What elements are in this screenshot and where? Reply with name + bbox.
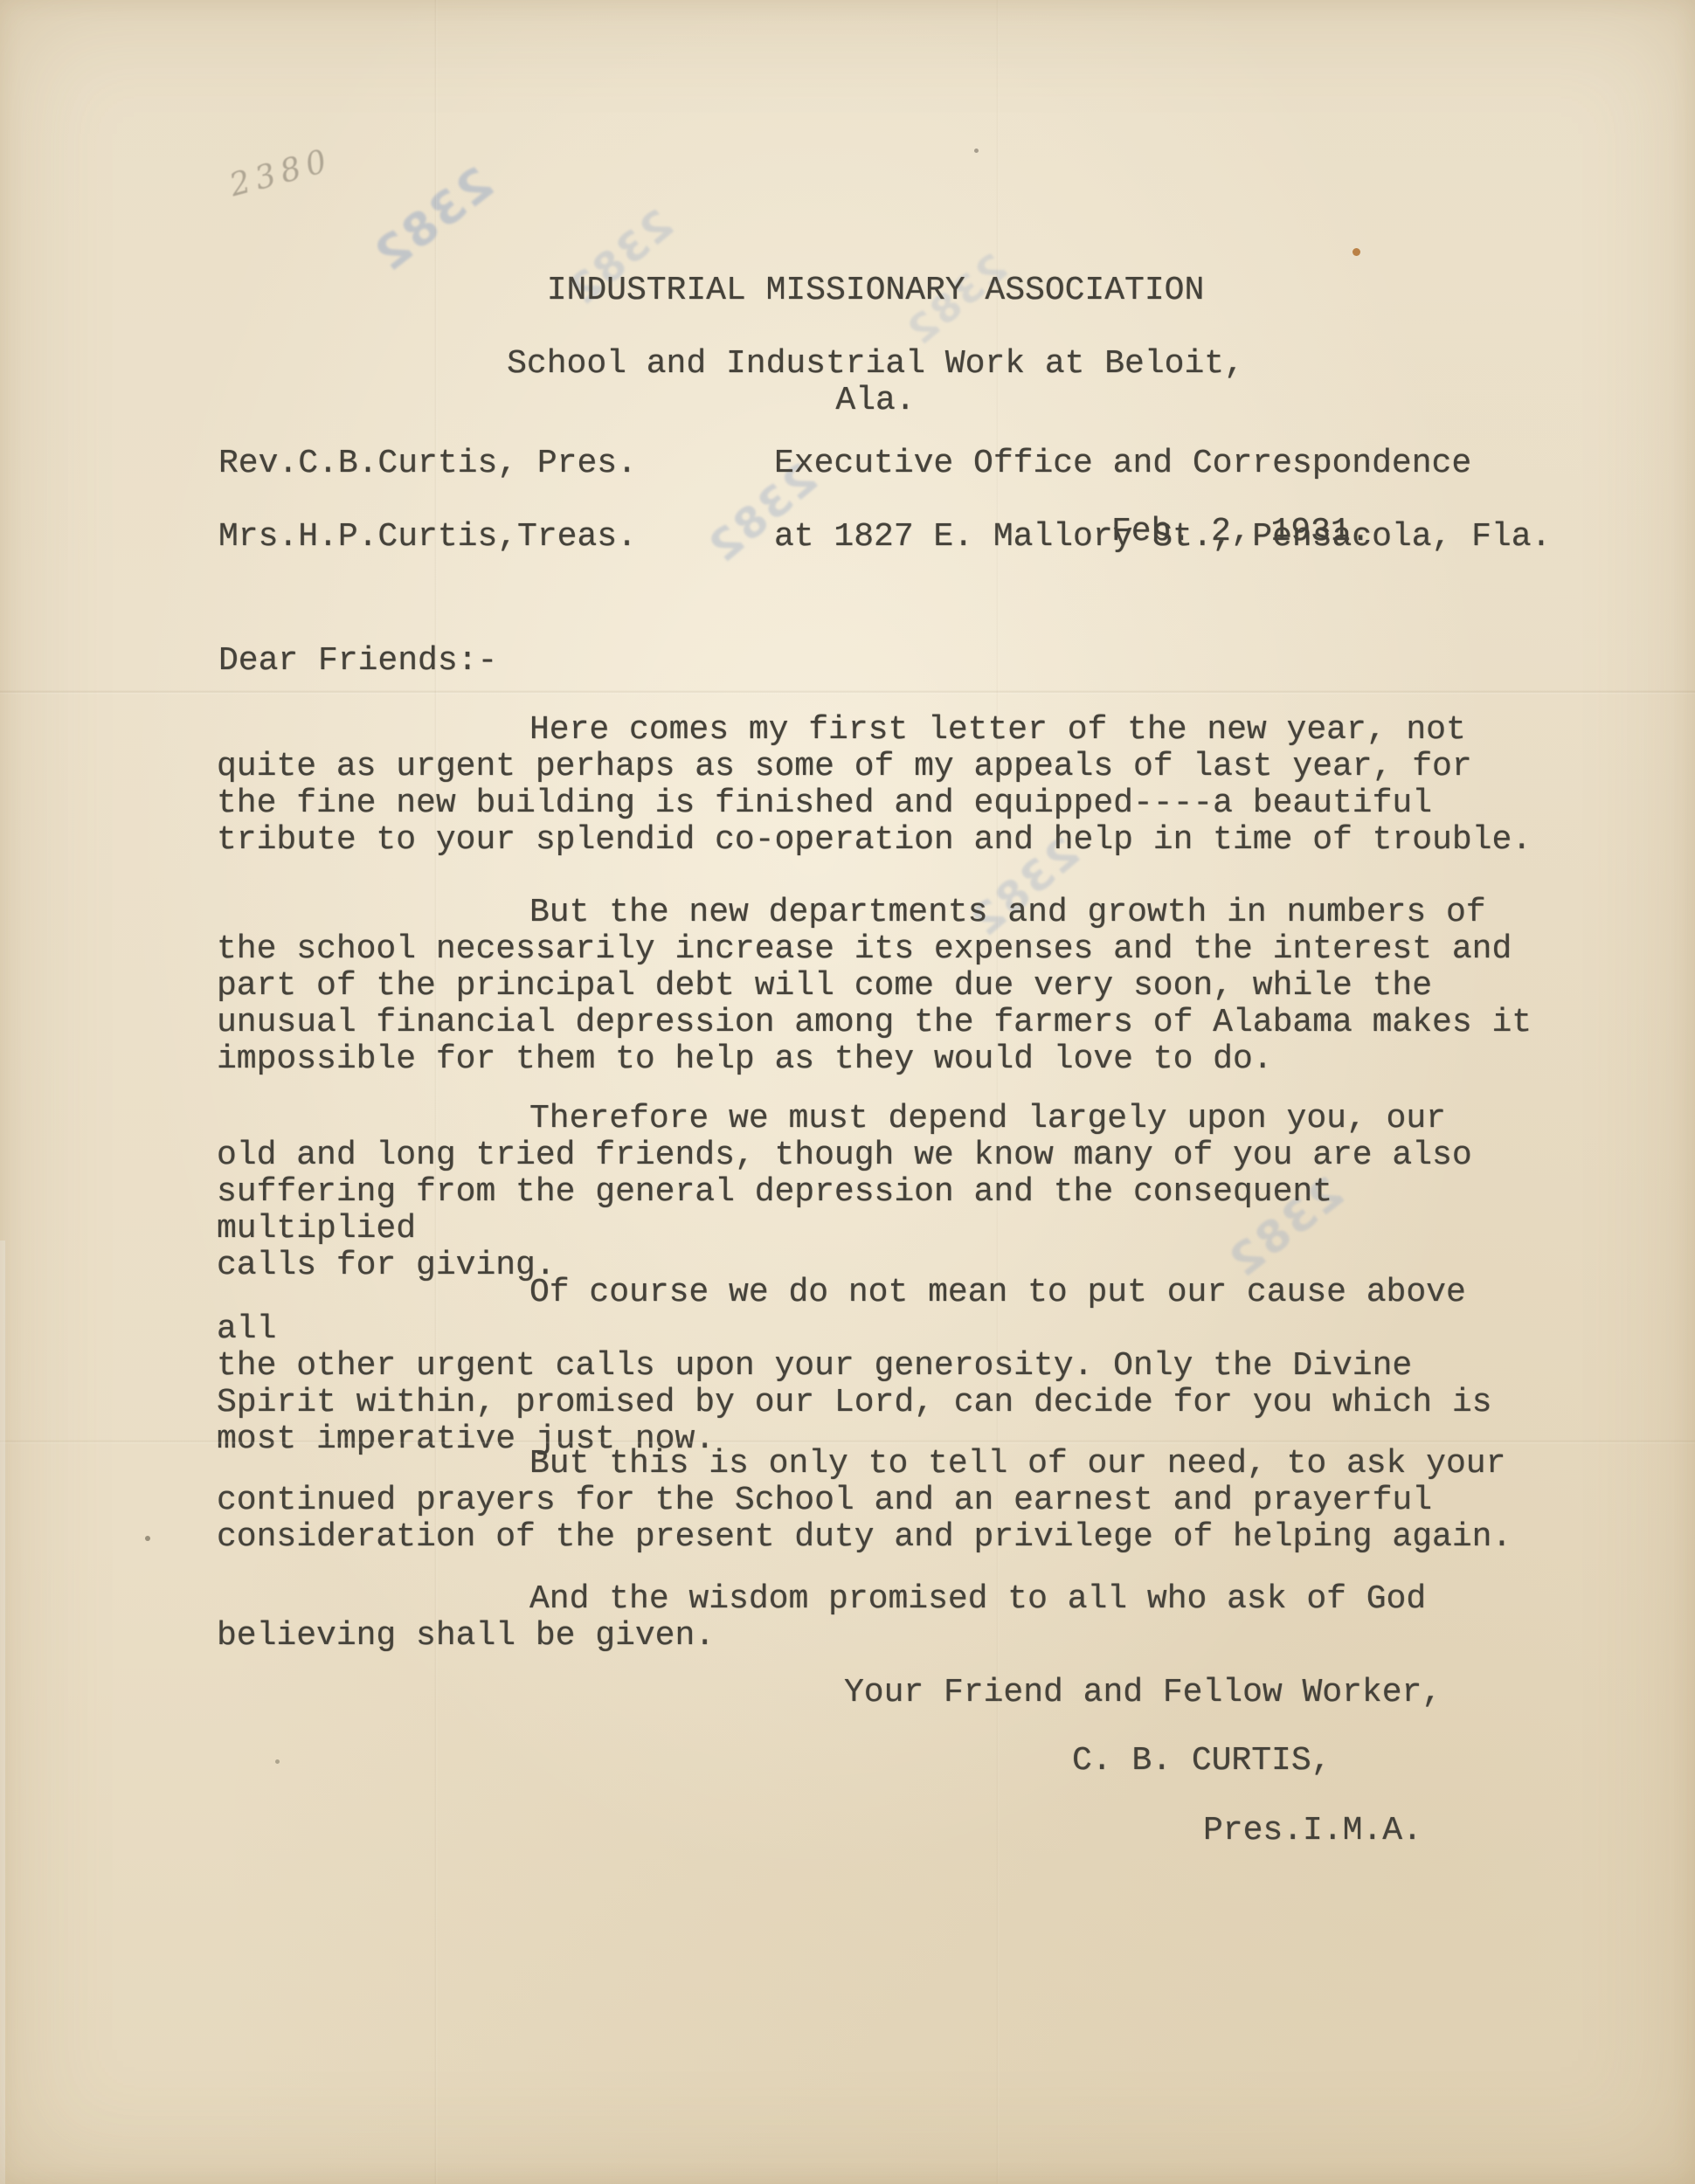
org-name: INDUSTRIAL MISSIONARY ASSOCIATION — [466, 273, 1285, 309]
paper-crease-horizontal-upper — [0, 690, 1695, 695]
paragraph-6: And the wisdom promised to all who ask o… — [217, 1581, 1536, 1655]
officer-president-line: Rev.C.B.Curtis, Pres. — [218, 446, 637, 482]
ink-speck — [275, 1759, 280, 1764]
paragraph-1: Here comes my first letter of the new ye… — [217, 712, 1536, 859]
paragraph-5: But this is only to tell of our need, to… — [217, 1446, 1536, 1556]
ink-speck — [145, 1536, 150, 1541]
officer-treasurer-line: Mrs.H.P.Curtis,Treas. — [218, 519, 637, 556]
paper-crease-vertical-left — [434, 0, 438, 2184]
signature-name: C. B. CURTIS, — [1072, 1743, 1331, 1780]
closing-line: Your Friend and Fellow Worker, — [844, 1675, 1442, 1711]
salutation: Dear Friends:- — [218, 643, 497, 680]
pencil-accession-number: 2380 — [226, 142, 336, 204]
date-line: Feb. 2, 1931. — [1111, 514, 1370, 550]
paragraph-3: Therefore we must depend largely upon yo… — [217, 1101, 1536, 1284]
executive-office-block: Executive Office and Correspondence at 1… — [774, 409, 1551, 592]
officers-block: Rev.C.B.Curtis, Pres. Mrs.H.P.Curtis,Tre… — [218, 409, 637, 592]
office-line-1: Executive Office and Correspondence — [774, 446, 1551, 482]
scan-edge-highlight — [0, 1241, 5, 2184]
paragraph-4: Of course we do not mean to put our caus… — [217, 1275, 1536, 1458]
ink-speck-orange — [1353, 248, 1360, 256]
signature-title: Pres.I.M.A. — [1203, 1813, 1422, 1849]
paragraph-2: But the new departments and growth in nu… — [217, 895, 1536, 1078]
scanned-letter-page: 2382 2382 2382 2382 2382 2382 2380 INDUS… — [0, 0, 1695, 2184]
ink-speck — [974, 149, 979, 153]
